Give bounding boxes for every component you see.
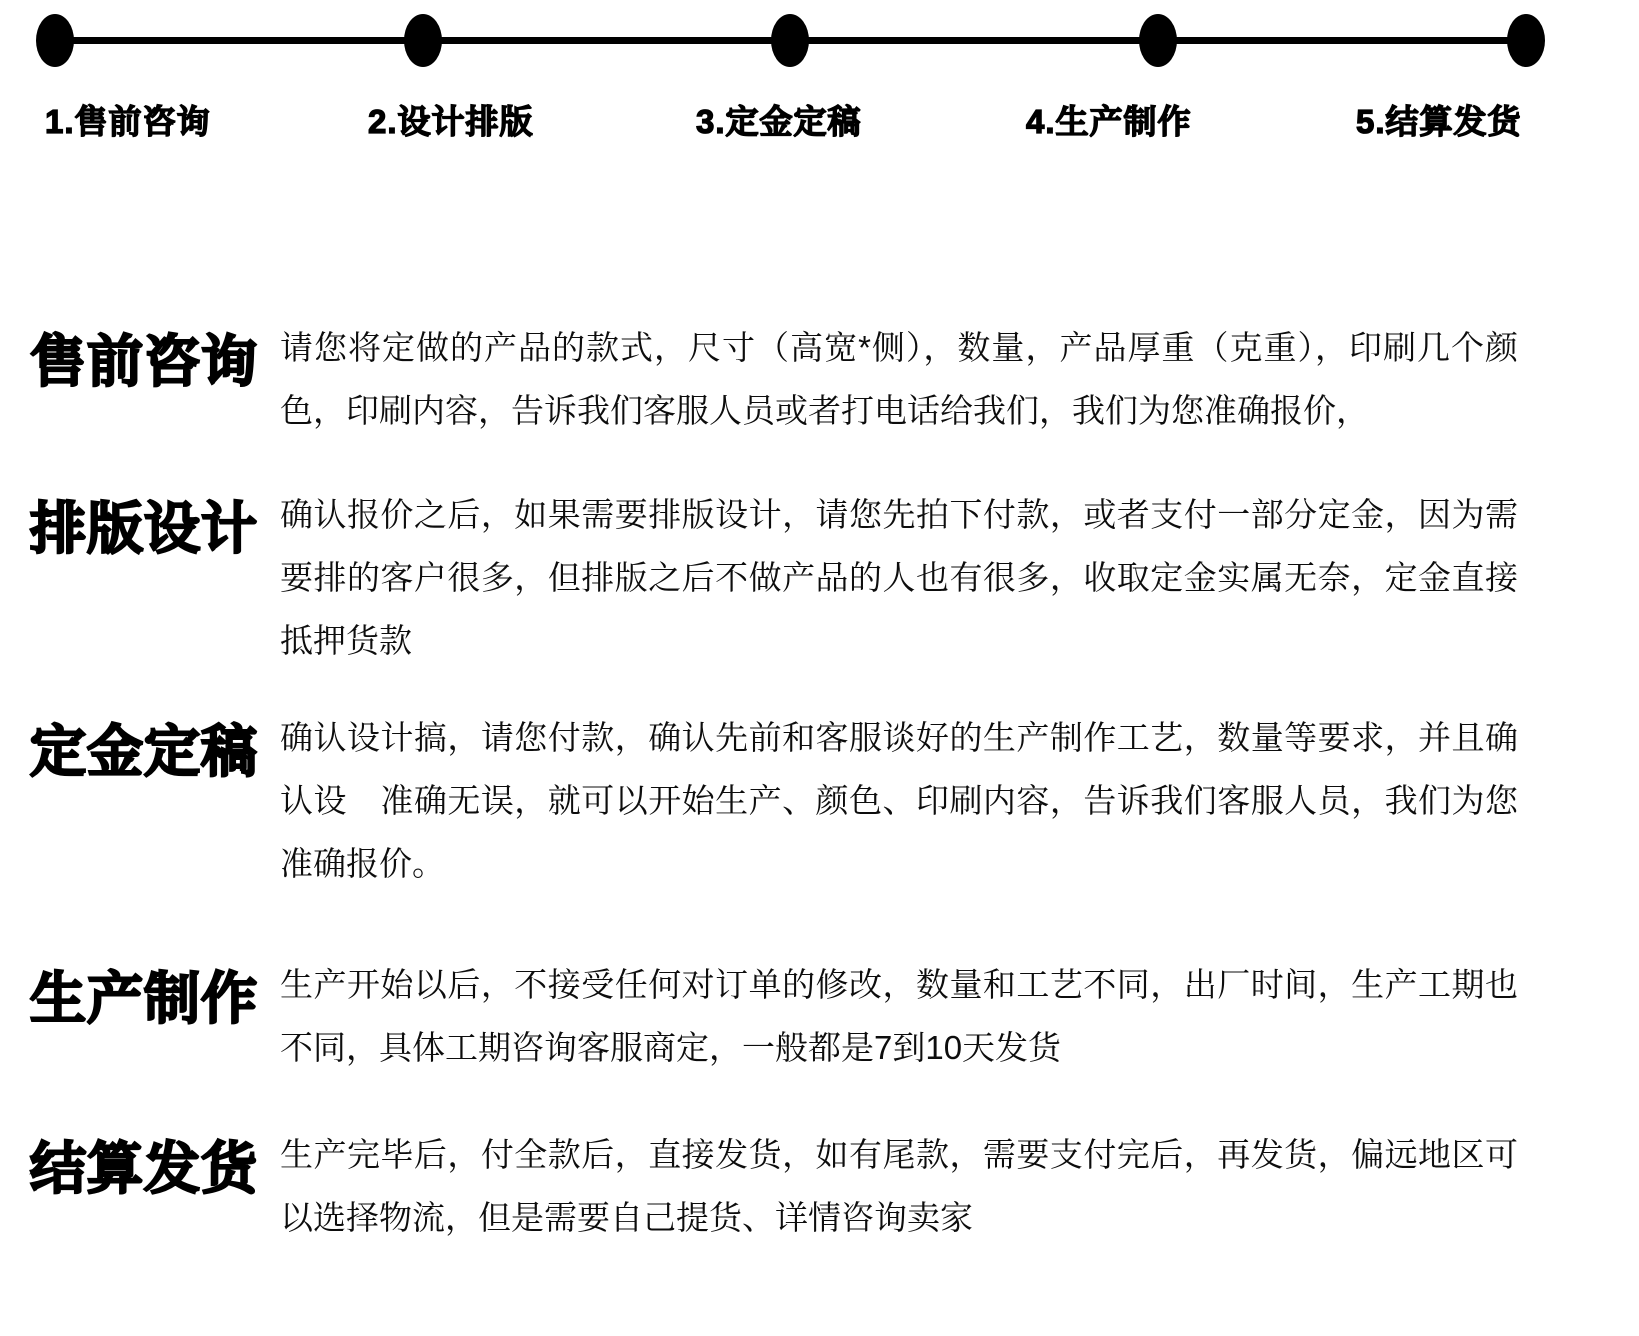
timeline-node-2 bbox=[404, 14, 442, 67]
timeline-step-label-2: 2.设计排版 bbox=[368, 96, 534, 143]
section-heading: 售前咨询 bbox=[30, 318, 275, 398]
timeline-node-1 bbox=[36, 14, 74, 67]
section-body: 生产完毕后，付全款后，直接发货，如有尾款，需要支付完后，再发货，偏远地区可以选择… bbox=[280, 1123, 1518, 1249]
section-body: 请您将定做的产品的款式，尺寸（高宽*侧），数量，产品厚重（克重），印刷几个颜色，… bbox=[280, 316, 1518, 442]
timeline-step-label-4: 4.生产制作 bbox=[1026, 96, 1192, 143]
timeline-node-5 bbox=[1507, 14, 1545, 67]
timeline-step-label-1: 1.售前咨询 bbox=[45, 96, 211, 143]
section-body: 生产开始以后，不接受任何对订单的修改，数量和工艺不同，出厂时间，生产工期也不同，… bbox=[280, 953, 1518, 1079]
timeline-step-label-3: 3.定金定稿 bbox=[696, 96, 862, 143]
section-heading: 定金定稿 bbox=[30, 708, 275, 788]
section-heading: 排版设计 bbox=[30, 485, 275, 565]
timeline-step-label-5: 5.结算发货 bbox=[1356, 96, 1522, 143]
section-heading: 生产制作 bbox=[30, 955, 275, 1035]
timeline-node-3 bbox=[771, 14, 809, 67]
section-heading: 结算发货 bbox=[30, 1125, 275, 1205]
timeline-node-4 bbox=[1139, 14, 1177, 67]
process-infographic: 1.售前咨询 2.设计排版 3.定金定稿 4.生产制作 5.结算发货 售前咨询 … bbox=[0, 0, 1639, 1336]
section-body: 确认报价之后，如果需要排版设计，请您先拍下付款，或者支付一部分定金，因为需要排的… bbox=[280, 483, 1518, 672]
section-body: 确认设计搞，请您付款，确认先前和客服谈好的生产制作工艺，数量等要求，并且确认设 … bbox=[280, 706, 1518, 895]
